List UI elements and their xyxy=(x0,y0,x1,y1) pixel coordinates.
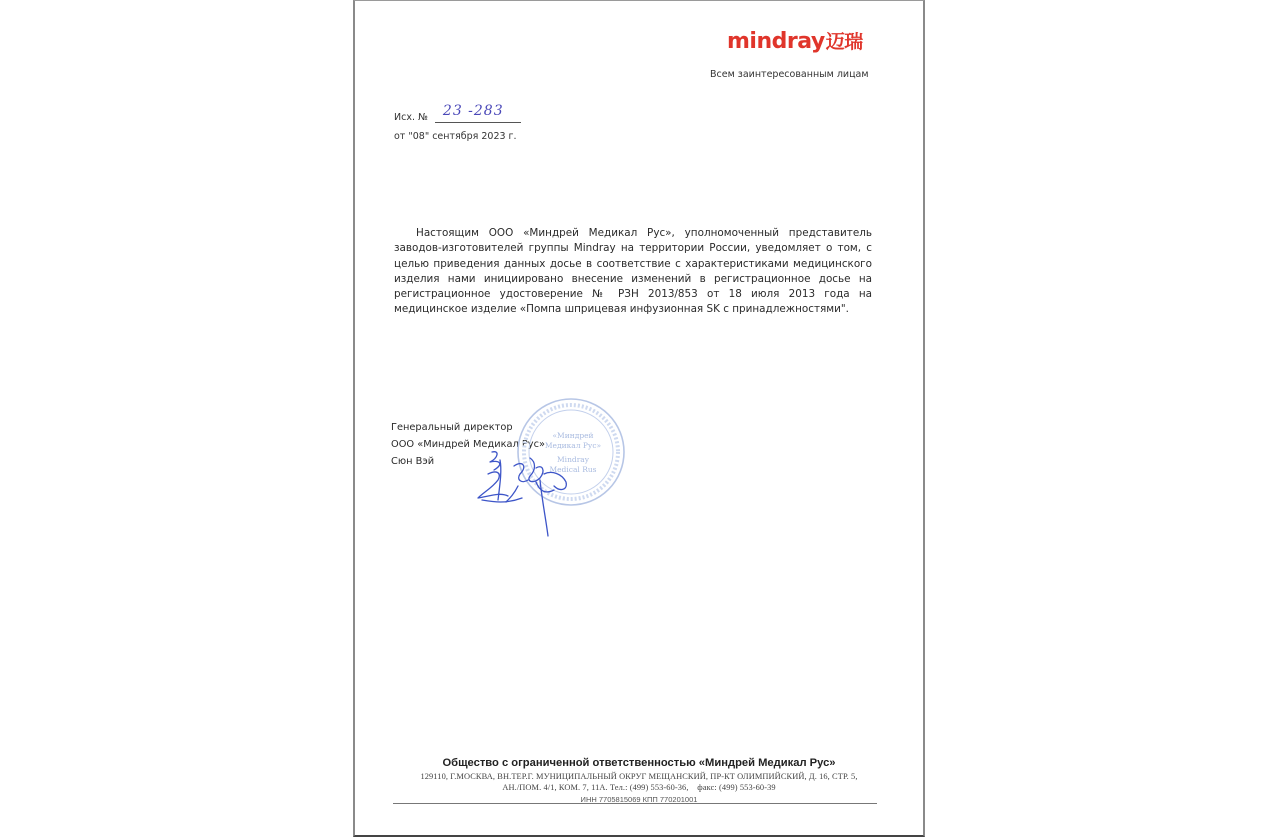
outgoing-number-line: Исх. № 23 -283 xyxy=(394,110,521,123)
body-paragraph: Настоящим ООО «Миндрей Медикал Рус», упо… xyxy=(394,226,872,318)
footer-divider xyxy=(393,803,877,804)
outgoing-number-field: 23 -283 xyxy=(435,110,521,123)
svg-text:«Миндрей: «Миндрей xyxy=(552,431,593,440)
signature-icon xyxy=(470,440,580,540)
letter-body: Настоящим ООО «Миндрей Медикал Рус», упо… xyxy=(394,226,872,318)
footer-address-line1: 129110, Г.МОСКВА, ВН.ТЕР.Г. МУНИЦИПАЛЬНЫ… xyxy=(353,772,925,781)
footer-company-name: Общество с ограниченной ответственностью… xyxy=(353,757,925,769)
outgoing-label: Исх. № xyxy=(394,112,428,123)
brand-latin: mindray xyxy=(727,29,825,54)
footer-address-line2: АН./ПОМ. 4/1, КОМ. 7, 11А. Тел.: (499) 5… xyxy=(353,783,925,792)
outgoing-number-handwritten: 23 -283 xyxy=(443,103,504,119)
document-date: от "08" сентября 2023 г. xyxy=(394,131,517,142)
mindray-logo: mindray迈瑞 xyxy=(727,27,863,57)
brand-chinese: 迈瑞 xyxy=(826,31,863,53)
addressee: Всем заинтересованным лицам xyxy=(710,69,869,80)
